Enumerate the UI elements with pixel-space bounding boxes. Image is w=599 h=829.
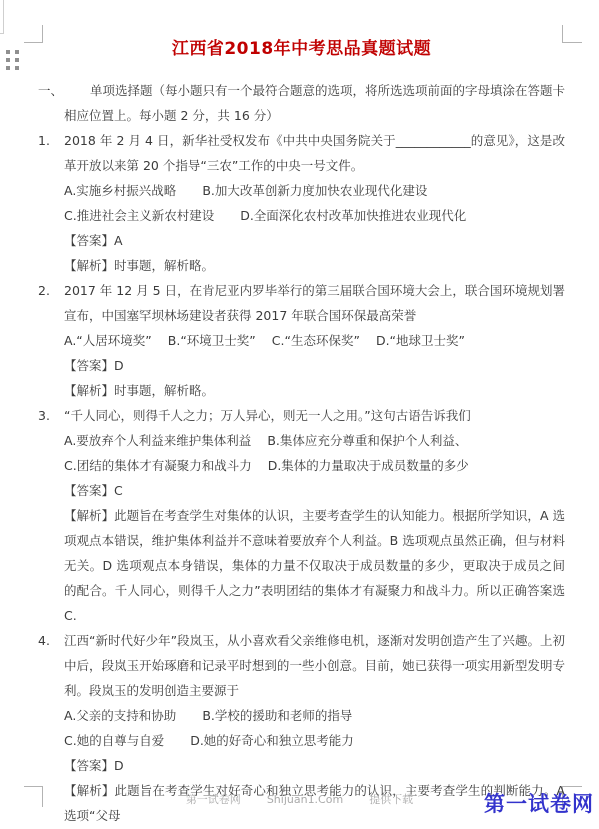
section-text: 单项选择题（每小题只有一个最符合题意的选项，将所选选项前面的字母填涂在答题卡相应… (64, 83, 565, 123)
option-a: A.“人居环境奖” (64, 333, 152, 348)
option-c: C.“生态环保奖” (272, 333, 360, 348)
question-number: 3. (38, 403, 64, 428)
question-number: 2. (38, 278, 64, 303)
answer-label: 【答案】 (64, 758, 114, 773)
analysis-line: 【解析】时事题，解析略。 (38, 378, 565, 403)
answer-value: D (114, 358, 124, 373)
question: 1.2018 年 2 月 4 日，新华社受权发布《中共中央国务院关于______… (38, 128, 565, 278)
document-content: 江西省2018年中考思品真题试题 一、单项选择题（每小题只有一个最符合题意的选项… (38, 36, 565, 828)
analysis-text: 时事题，解析略。 (114, 383, 214, 398)
options-row: A.实施乡村振兴战略B.加大改革创新力度加快农业现代化建设 (38, 178, 565, 203)
option-c: C.推进社会主义新农村建设 (64, 208, 214, 223)
question-stem-para: 2.2017 年 12 月 5 日，在肯尼亚内罗毕举行的第三届联合国环境大会上，… (38, 278, 565, 328)
option-b: B.集体应充分尊重和保护个人利益、 (267, 433, 467, 448)
footer-site-name: 第一试卷网 (186, 793, 241, 807)
option-d: D.全面深化农村改革加快推进农业现代化 (240, 208, 466, 223)
question-number: 4. (38, 628, 64, 653)
section-number: 一、 (38, 78, 90, 103)
section-header: 一、单项选择题（每小题只有一个最符合题意的选项，将所选选项前面的字母填涂在答题卡… (38, 78, 565, 128)
question-stem: 江西“新时代好少年”段岚玉，从小喜欢看父亲维修电机，逐渐对发明创造产生了兴趣。上… (64, 633, 565, 698)
analysis-label: 【解析】 (64, 383, 114, 398)
options-row: A.要放弃个人利益来维护集体利益B.集体应充分尊重和保护个人利益、 (38, 428, 565, 453)
question-stem-para: 4.江西“新时代好少年”段岚玉，从小喜欢看父亲维修电机，逐渐对发明创造产生了兴趣… (38, 628, 565, 703)
question-number: 1. (38, 128, 64, 153)
analysis-label: 【解析】 (64, 258, 114, 273)
answer-label: 【答案】 (64, 483, 114, 498)
option-d: D.“地球卫士奖” (376, 333, 465, 348)
question: 3.“千人同心，则得千人之力；万人异心，则无一人之用。”这句古语告诉我们 A.要… (38, 403, 565, 628)
options-row: C.她的自尊与自爱D.她的好奇心和独立思考能力 (38, 728, 565, 753)
question: 2.2017 年 12 月 5 日，在肯尼亚内罗毕举行的第三届联合国环境大会上，… (38, 278, 565, 403)
question-stem: 2017 年 12 月 5 日，在肯尼亚内罗毕举行的第三届联合国环境大会上，联合… (64, 283, 565, 323)
option-b: B.加大改革创新力度加快农业现代化建设 (202, 183, 427, 198)
page-title: 江西省2018年中考思品真题试题 (38, 36, 565, 62)
answer-line: 【答案】A (38, 228, 565, 253)
option-a: A.实施乡村振兴战略 (64, 183, 176, 198)
answer-value: D (114, 758, 124, 773)
option-b: B.学校的援助和老师的指导 (202, 708, 352, 723)
question-stem-para: 3.“千人同心，则得千人之力；万人异心，则无一人之用。”这句古语告诉我们 (38, 403, 565, 428)
answer-line: 【答案】D (38, 353, 565, 378)
option-d: D.她的好奇心和独立思考能力 (190, 733, 354, 748)
question-stem-para: 1.2018 年 2 月 4 日，新华社受权发布《中共中央国务院关于______… (38, 128, 565, 178)
question-stem: 2018 年 2 月 4 日，新华社受权发布《中共中央国务院关于________… (64, 133, 565, 173)
analysis-line: 【解析】此题旨在考查学生对集体的认识，主要考查学生的认知能力。根据所学知识，A … (38, 503, 565, 628)
question-stem: “千人同心，则得千人之力；万人异心，则无一人之用。”这句古语告诉我们 (64, 408, 471, 423)
option-a: A.要放弃个人利益来维护集体利益 (64, 433, 251, 448)
answer-label: 【答案】 (64, 233, 114, 248)
options-row: A.父亲的支持和协助B.学校的援助和老师的指导 (38, 703, 565, 728)
analysis-text: 时事题，解析略。 (114, 258, 214, 273)
answer-label: 【答案】 (64, 358, 114, 373)
document-page: 江西省2018年中考思品真题试题 一、单项选择题（每小题只有一个最符合题意的选项… (0, 0, 599, 829)
analysis-label: 【解析】 (64, 508, 114, 523)
option-c: C.她的自尊与自爱 (64, 733, 164, 748)
options-row: C.推进社会主义新农村建设D.全面深化农村改革加快推进农业现代化 (38, 203, 565, 228)
option-b: B.“环境卫士奖” (168, 333, 256, 348)
footer-site-url: Shijuan1.Com (267, 793, 343, 807)
analysis-text: 此题旨在考查学生对集体的认识，主要考查学生的认知能力。根据所学知识，A 选项观点… (64, 508, 565, 623)
answer-value: A (114, 233, 123, 248)
answer-value: C (114, 483, 123, 498)
option-c: C.团结的集体才有凝聚力和战斗力 (64, 458, 252, 473)
footer-download-text: 提供下载 (369, 793, 413, 807)
answer-line: 【答案】C (38, 478, 565, 503)
answer-line: 【答案】D (38, 753, 565, 778)
text-boundary-mark-top-right (562, 25, 582, 43)
page-edge-line (0, 0, 4, 34)
options-row: C.团结的集体才有凝聚力和战斗力D.集体的力量取决于成员数量的多少 (38, 453, 565, 478)
options-row: A.“人居环境奖”B.“环境卫士奖”C.“生态环保奖”D.“地球卫士奖” (38, 328, 565, 353)
option-d: D.集体的力量取决于成员数量的多少 (268, 458, 469, 473)
site-watermark: 第一试卷网 (484, 792, 594, 816)
option-a: A.父亲的支持和协助 (64, 708, 176, 723)
analysis-line: 【解析】时事题，解析略。 (38, 253, 565, 278)
drag-handle-icon[interactable] (6, 50, 19, 70)
